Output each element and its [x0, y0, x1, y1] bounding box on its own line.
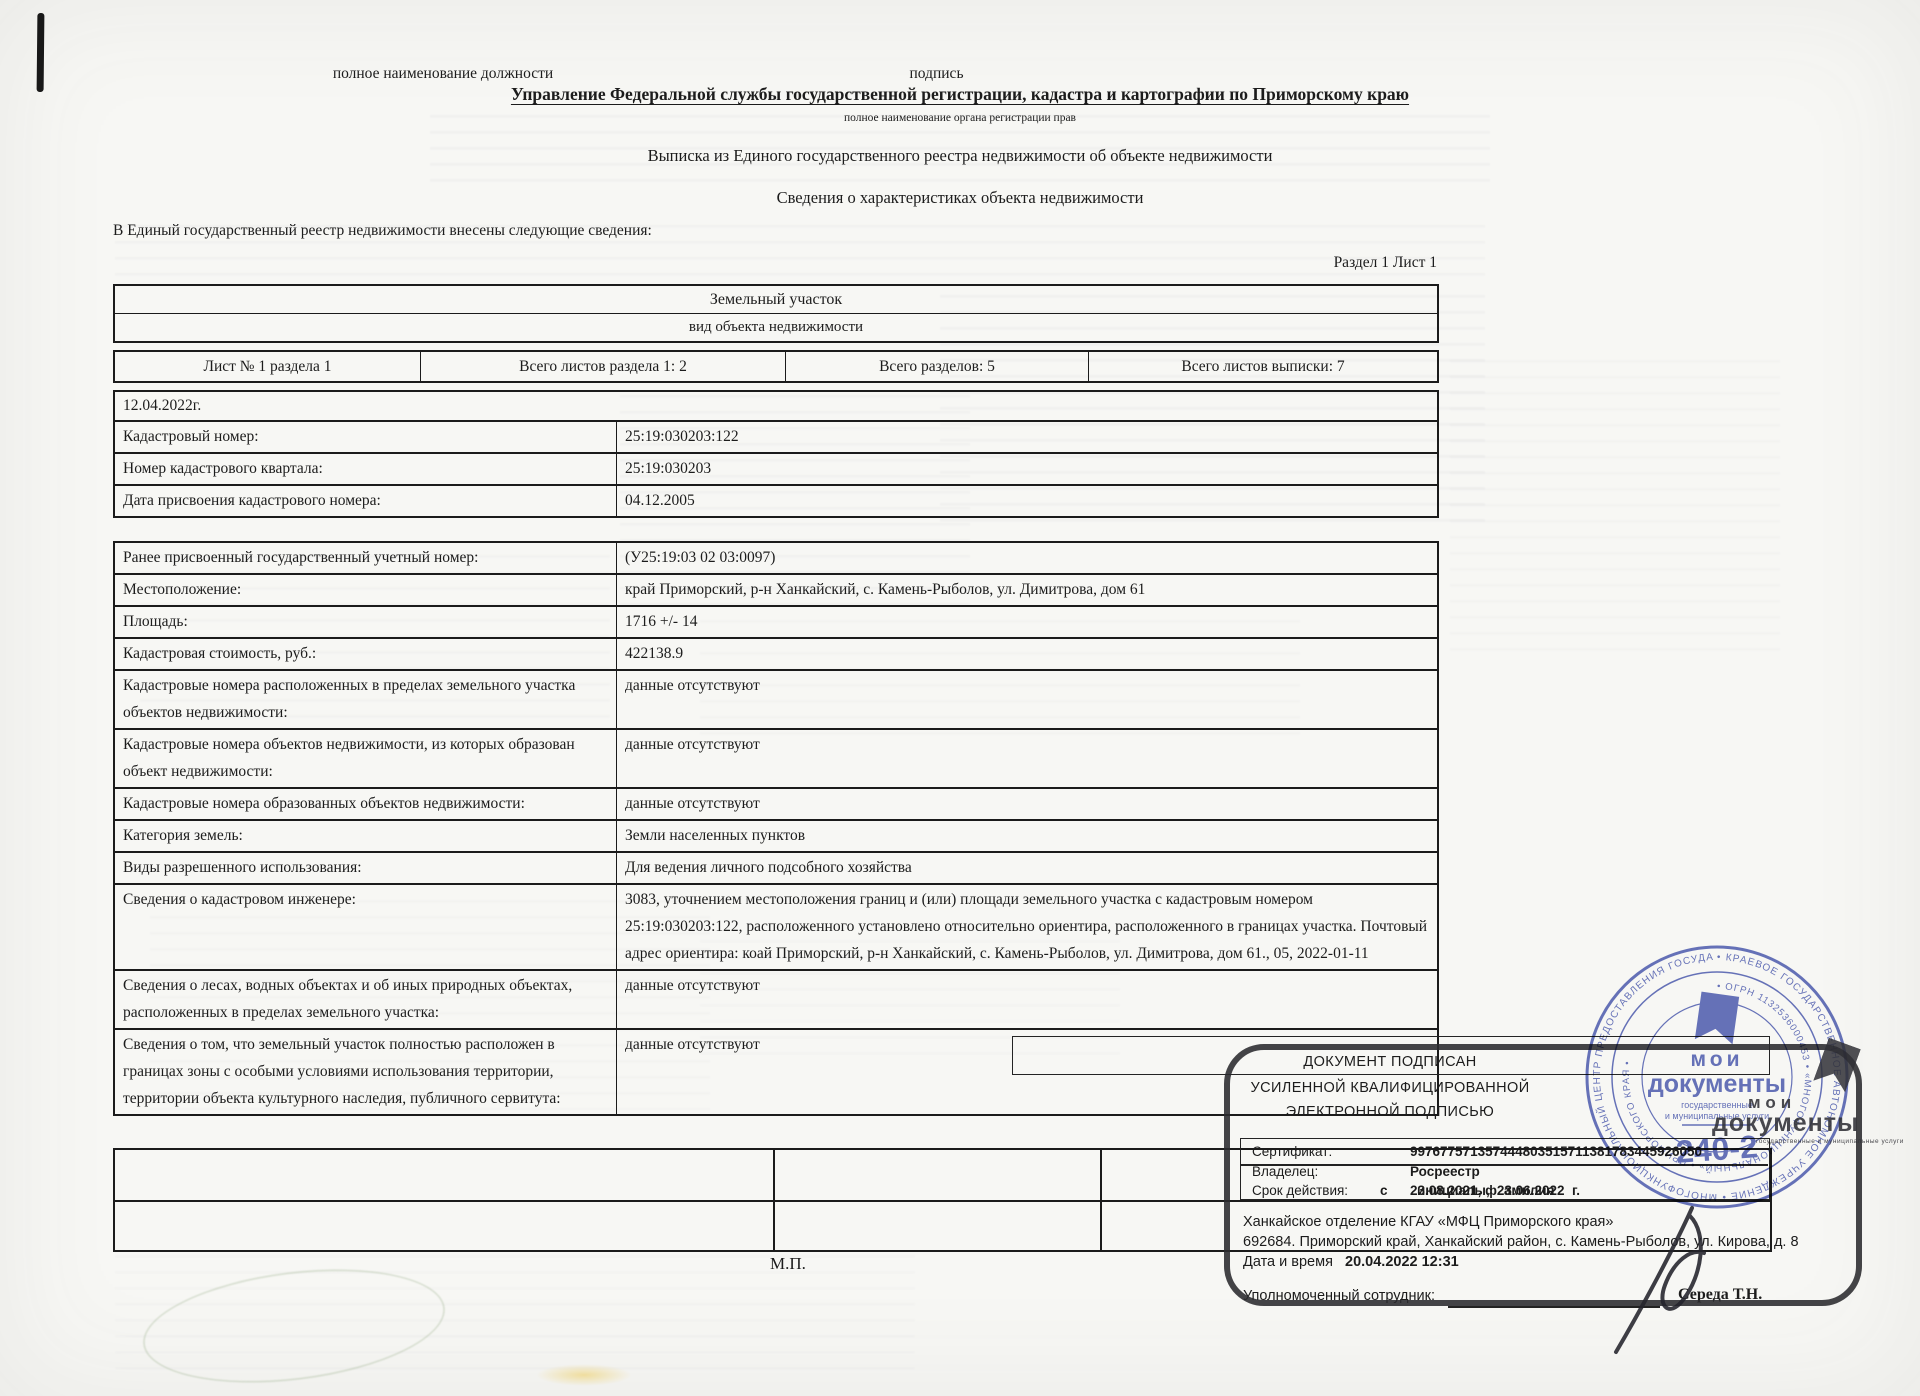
handwritten-signature — [1570, 1190, 1790, 1360]
stamp-place-label: М.П. — [770, 1254, 806, 1274]
row-label: Дата присвоения кадастрового номера: — [115, 486, 617, 516]
object-type-caption: вид объекта недвижимости — [115, 313, 1437, 341]
row-label: Кадастровая стоимость, руб.: — [115, 639, 617, 669]
table-row: Дата присвоения кадастрового номера:04.1… — [115, 484, 1437, 516]
row-value: Для ведения личного подсобного хозяйства — [617, 853, 1437, 883]
scan-mark — [37, 13, 45, 92]
extract-date: 12.04.2022г. — [115, 392, 1437, 422]
cadastral-table: 12.04.2022г. Кадастровый номер:25:19:030… — [113, 390, 1439, 518]
table-row: Сведения о кадастровом инженере:3083, ут… — [115, 883, 1437, 969]
row-label: Номер кадастрового квартала: — [115, 454, 617, 484]
section-sheet-label: Раздел 1 Лист 1 — [1334, 254, 1437, 272]
sheet-info-cell: Всего разделов: 5 — [785, 352, 1088, 381]
table-row: Кадастровый номер:25:19:030203:122 — [115, 422, 1437, 452]
row-label: Кадастровые номера расположенных в преде… — [115, 671, 617, 728]
row-label: Кадастровые номера образованных объектов… — [115, 789, 617, 819]
signature-cell: подпись — [773, 50, 1100, 100]
table-row: Ранее присвоенный государственный учетны… — [115, 543, 1437, 573]
row-label: Виды разрешенного использования: — [115, 853, 617, 883]
row-value: данные отсутствуют — [617, 789, 1437, 819]
row-value: Земли населенных пунктов — [617, 821, 1437, 851]
table-row: Номер кадастрового квартала:25:19:030203 — [115, 452, 1437, 484]
row-value: данные отсутствуют — [617, 671, 1437, 728]
row-value: данные отсутствуют — [617, 971, 1437, 1028]
document-title: Выписка из Единого государственного реес… — [0, 146, 1920, 166]
row-label: Сведения о лесах, водных объектах и об и… — [115, 971, 617, 1028]
row-label: Сведения о кадастровом инженере: — [115, 885, 617, 969]
sheet-info-cell: Всего листов раздела 1: 2 — [420, 352, 785, 381]
mfc-round-seal: • КРАЕВОЕ ГОСУДАРСТВЕННОЕ АВТОНОМНОЕ УЧР… — [1582, 942, 1852, 1212]
row-label: Ранее присвоенный государственный учетны… — [115, 543, 617, 573]
dark-logo-line2: документы — [1712, 1111, 1904, 1136]
ink-smudge — [536, 1364, 632, 1386]
row-value: 422138.9 — [617, 639, 1437, 669]
sheet-info-table: Лист № 1 раздела 1Всего листов раздела 1… — [113, 350, 1439, 383]
table-row: Площадь:1716 +/- 14 — [115, 605, 1437, 637]
row-label: Кадастровые номера объектов недвижимости… — [115, 730, 617, 787]
seal-flag-icon — [1695, 992, 1739, 1045]
row-value: данные отсутствуют — [617, 730, 1437, 787]
row-label: Кадастровый номер: — [115, 422, 617, 452]
row-value: 25:19:030203:122 — [617, 422, 1437, 452]
sheet-info-cell: Всего листов выписки: 7 — [1088, 352, 1437, 381]
scanned-document-page: Управление Федеральной службы государств… — [0, 0, 1920, 1396]
table-row: Категория земель:Земли населенных пункто… — [115, 819, 1437, 851]
dark-logo: мои документы государственные и муниципа… — [1712, 1094, 1904, 1146]
object-type-table: Земельный участок вид объекта недвижимос… — [113, 284, 1439, 343]
table-row: Кадастровые номера расположенных в преде… — [115, 669, 1437, 728]
table-row: Местоположение:край Приморский, р-н Ханк… — [115, 573, 1437, 605]
row-value: край Приморский, р-н Ханкайский, с. Каме… — [617, 575, 1437, 605]
row-label: Сведения о том, что земельный участок по… — [115, 1030, 617, 1114]
seal-logo-line1: мои — [1691, 1048, 1744, 1071]
table-row: Кадастровые номера объектов недвижимости… — [115, 728, 1437, 787]
document-subtitle: Сведения о характеристиках объекта недви… — [0, 188, 1920, 208]
faint-stamp-remnant — [137, 1254, 452, 1396]
row-value: 04.12.2005 — [617, 486, 1437, 516]
row-label: Категория земель: — [115, 821, 617, 851]
table-row: Сведения о лесах, водных объектах и об и… — [115, 969, 1437, 1028]
row-label: Площадь: — [115, 607, 617, 637]
row-label: Местоположение: — [115, 575, 617, 605]
table-row: Кадастровые номера образованных объектов… — [115, 787, 1437, 819]
row-value: 1716 +/- 14 — [617, 607, 1437, 637]
position-title-cell: полное наименование должности — [113, 50, 773, 100]
sheet-info-cell: Лист № 1 раздела 1 — [115, 352, 420, 381]
object-type-value: Земельный участок — [115, 286, 1437, 313]
row-value: 3083, уточнением местоположения границ и… — [617, 885, 1437, 969]
details-table: Ранее присвоенный государственный учетны… — [113, 541, 1439, 1116]
table-row: Виды разрешенного использования:Для веде… — [115, 851, 1437, 883]
dark-logo-caption: государственные и муниципальные услуги — [1756, 1139, 1904, 1146]
authority-caption: полное наименование органа регистрации п… — [0, 112, 1920, 124]
table-row: Кадастровая стоимость, руб.:422138.9 — [115, 637, 1437, 669]
intro-line: В Единый государственный реестр недвижим… — [113, 222, 652, 240]
row-value: 25:19:030203 — [617, 454, 1437, 484]
row-value: (У25:19:03 02 03:0097) — [617, 543, 1437, 573]
